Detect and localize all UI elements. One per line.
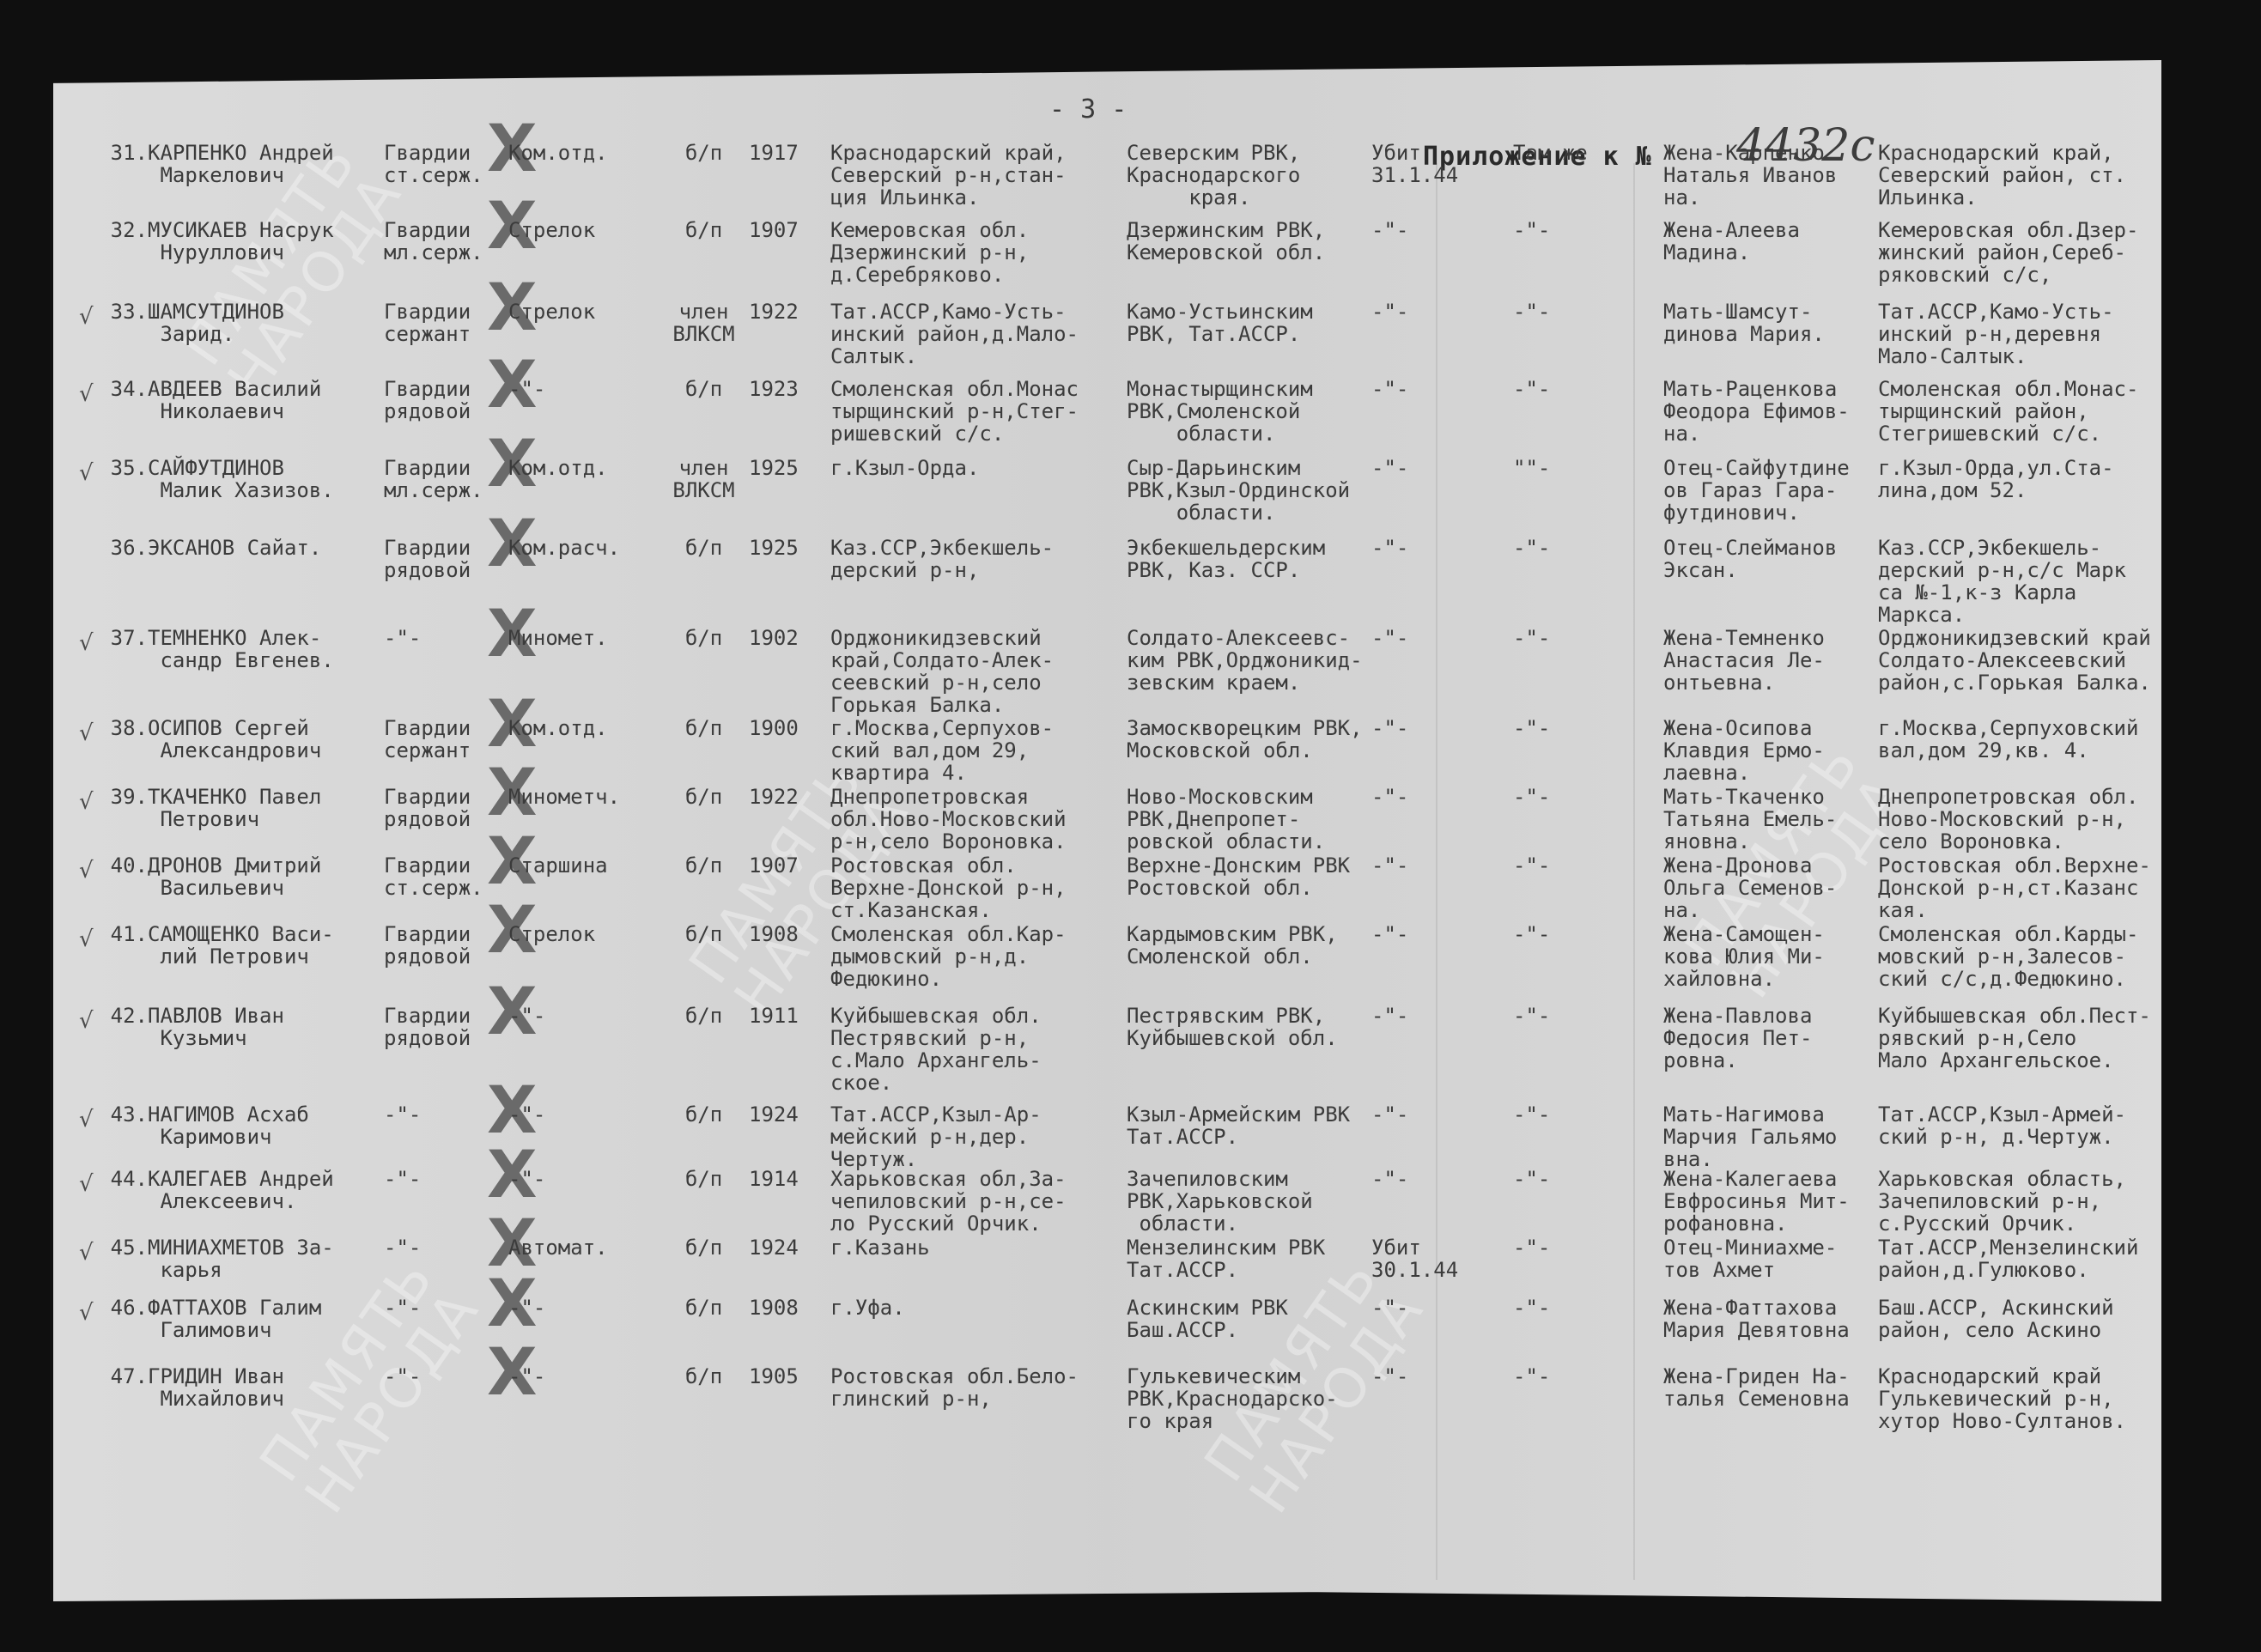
row-number: 32. — [96, 219, 148, 241]
kin-address: г.Кзыл-Орда,ул.Ста- лина,дом 52. — [1878, 457, 2114, 501]
soldier-name: ТКАЧЕНКО Павел Петрович — [148, 786, 321, 830]
birthplace: Кемеровская обл. Дзержинский р-н, д.Сере… — [830, 219, 1029, 286]
birth-year: 1924 — [749, 1236, 799, 1259]
status: -"- — [1371, 923, 1408, 945]
military-rank: Гвардии рядовой — [384, 378, 471, 422]
row-number: 31. — [96, 142, 148, 164]
military-rank: Гвардии рядовой — [384, 537, 471, 581]
status: Убит 30.1.44 — [1371, 1236, 1458, 1281]
position: -"- — [508, 378, 545, 400]
birthplace: Тат.АССР,Камо-Усть- инский район,д.Мало-… — [830, 301, 1079, 367]
kin-address: Тат.АССР,Мензелинский район,д.Гулюково. — [1878, 1236, 2138, 1281]
birthplace: Ростовская обл. Верхне-Донской р-н, ст.К… — [830, 854, 1067, 921]
soldier-name: КАРПЕНКО Андрей Маркелович — [148, 142, 334, 186]
birth-year: 1900 — [749, 717, 799, 739]
row-number: 40. — [96, 854, 148, 877]
soldier-name: ОСИПОВ Сергей Александрович — [148, 717, 321, 762]
death-place: -"- — [1513, 1168, 1550, 1190]
death-place: ""- — [1513, 457, 1550, 479]
draft-office: Мензелинским РВК Тат.АССР. — [1127, 1236, 1325, 1281]
kin-address: Каз.ССР,Экбекшель- дерский р-н,с/с Марк … — [1878, 537, 2126, 626]
party-membership: б/п — [663, 854, 745, 877]
military-rank: -"- — [384, 1168, 421, 1190]
draft-office: Кзыл-Армейским РВК Тат.АССР. — [1127, 1103, 1350, 1148]
next-of-kin: Жена-Темненко Анастасия Ле- онтьевна. — [1663, 627, 1825, 694]
soldier-name: МУСИКАЕВ Насрук Нуруллович — [148, 219, 334, 264]
status: -"- — [1371, 1365, 1408, 1388]
status: -"- — [1371, 537, 1408, 559]
row-number: 37. — [96, 627, 148, 649]
kin-address: Смоленская обл.Карды- мовский р-н,Залесо… — [1878, 923, 2138, 990]
status: -"- — [1371, 378, 1408, 400]
check-tick: √ — [79, 1107, 94, 1133]
party-membership: б/п — [663, 627, 745, 649]
birthplace: Ростовская обл.Бело- глинский р-н, — [830, 1365, 1079, 1410]
birth-year: 1907 — [749, 854, 799, 877]
soldier-name: ШАМСУТДИНОВ Зарид. — [148, 301, 284, 345]
row-number: 43. — [96, 1103, 148, 1126]
birthplace: Орджоникидзевский край,Солдато-Алек- сее… — [830, 627, 1054, 716]
death-place: Там же — [1513, 142, 1588, 164]
party-membership: б/п — [663, 717, 745, 739]
death-place: -"- — [1513, 301, 1550, 323]
death-place: -"- — [1513, 1005, 1550, 1027]
birth-year: 1924 — [749, 1103, 799, 1126]
next-of-kin: Жена-Павлова Федосия Пет- ровна. — [1663, 1005, 1812, 1072]
status: -"- — [1371, 854, 1408, 877]
military-rank: -"- — [384, 1236, 421, 1259]
row-number: 42. — [96, 1005, 148, 1027]
party-membership: б/п — [663, 219, 745, 241]
death-place: -"- — [1513, 854, 1550, 877]
row-number: 44. — [96, 1168, 148, 1190]
draft-office: Верхне-Донским РВК Ростовской обл. — [1127, 854, 1350, 899]
row-number: 35. — [96, 457, 148, 479]
birthplace: Смоленская обл.Монас тырщинский р-н,Стег… — [830, 378, 1079, 445]
death-place: -"- — [1513, 717, 1550, 739]
death-place: -"- — [1513, 1297, 1550, 1319]
check-tick: √ — [79, 720, 94, 746]
party-membership: б/п — [663, 1365, 745, 1388]
kin-address: Тат.АССР,Кзыл-Армей- ский р-н, д.Чертуж. — [1878, 1103, 2126, 1148]
position: -"- — [508, 1168, 545, 1190]
draft-office: Пестрявским РВК, Куйбышевской обл. — [1127, 1005, 1338, 1049]
next-of-kin: Жена-Карпенко Наталья Иванов на. — [1663, 142, 1837, 209]
death-place: -"- — [1513, 1103, 1550, 1126]
party-membership: б/п — [663, 537, 745, 559]
military-rank: -"- — [384, 1103, 421, 1126]
soldier-name: ТЕМНЕНКО Алек- сандр Евгенев. — [148, 627, 334, 671]
birth-year: 1922 — [749, 786, 799, 808]
draft-office: Сыр-Дарьинским РВК,Кзыл-Ординской област… — [1127, 457, 1350, 524]
next-of-kin: Жена-Осипова Клавдия Ермо- лаевна. — [1663, 717, 1825, 784]
party-membership: б/п — [663, 1297, 745, 1319]
birth-year: 1925 — [749, 537, 799, 559]
status: -"- — [1371, 627, 1408, 649]
check-tick: √ — [79, 926, 94, 952]
position: Стрелок — [508, 301, 595, 323]
soldier-name: ФАТТАХОВ Галим Галимович — [148, 1297, 321, 1341]
soldier-name: ГРИДИН Иван Михайлович — [148, 1365, 284, 1410]
check-tick: √ — [79, 1300, 94, 1326]
birthplace: Куйбышевская обл. Пестрявский р-н, с.Мал… — [830, 1005, 1042, 1094]
next-of-kin: Жена-Фаттахова Мария Девятовна — [1663, 1297, 1850, 1341]
status: -"- — [1371, 1005, 1408, 1027]
party-membership: б/п — [663, 378, 745, 400]
position: Ком.расч. — [508, 537, 620, 559]
birthplace: г.Кзыл-Орда. — [830, 457, 979, 479]
birth-year: 1922 — [749, 301, 799, 323]
party-membership: член ВЛКСМ — [663, 457, 745, 501]
status: -"- — [1371, 1297, 1408, 1319]
status: -"- — [1371, 1168, 1408, 1190]
birth-year: 1911 — [749, 1005, 799, 1027]
party-membership: б/п — [663, 1236, 745, 1259]
position: Автомат. — [508, 1236, 608, 1259]
death-place: -"- — [1513, 219, 1550, 241]
position: Миномет. — [508, 627, 608, 649]
draft-office: Гулькевическим РВК,Краснодарско- го края — [1127, 1365, 1338, 1432]
birthplace: Харьковская обл,За- чепиловский р-н,се- … — [830, 1168, 1067, 1235]
watermark: ПАМЯТЬ НАРОДА — [252, 1249, 489, 1522]
row-number: 38. — [96, 717, 148, 739]
party-membership: б/п — [663, 1168, 745, 1190]
party-membership: член ВЛКСМ — [663, 301, 745, 345]
birthplace: г.Уфа. — [830, 1297, 905, 1319]
row-number: 45. — [96, 1236, 148, 1259]
death-place: -"- — [1513, 923, 1550, 945]
check-tick: √ — [79, 381, 94, 407]
kin-address: Днепропетровская обл. Ново-Московский р-… — [1878, 786, 2138, 853]
death-place: -"- — [1513, 378, 1550, 400]
kin-address: Краснодарский край, Северский район, ст.… — [1878, 142, 2126, 209]
birthplace: Каз.ССР,Экбекшель- дерский р-н, — [830, 537, 1054, 581]
fold-line — [1436, 163, 1437, 1580]
next-of-kin: Отец-Слейманов Эксан. — [1663, 537, 1837, 581]
status: -"- — [1371, 786, 1408, 808]
check-tick: √ — [79, 304, 94, 330]
draft-office: Зачепиловским РВК,Харьковской области. — [1127, 1168, 1313, 1235]
draft-office: Камо-Устьинским РВК, Тат.АССР. — [1127, 301, 1313, 345]
next-of-kin: Жена-Дронова Ольга Семенов- на. — [1663, 854, 1837, 921]
military-rank: Гвардии сержант — [384, 301, 471, 345]
kin-address: Кемеровская обл.Дзер- жинский район,Сере… — [1878, 219, 2138, 286]
birthplace: Днепропетровская обл.Ново-Московский р-н… — [830, 786, 1067, 853]
position: Стрелок — [508, 219, 595, 241]
military-rank: Гвардии мл.серж. — [384, 457, 483, 501]
soldier-name: НАГИМОВ Асхаб Каримович — [148, 1103, 309, 1148]
kin-address: Смоленская обл.Монас- тырщинский район, … — [1878, 378, 2138, 445]
birthplace: г.Казань — [830, 1236, 930, 1259]
death-place: -"- — [1513, 786, 1550, 808]
draft-office: Северским РВК, Краснодарского края. — [1127, 142, 1300, 209]
position: Ком.отд. — [508, 717, 608, 739]
kin-address: Ростовская обл.Верхне- Донской р-н,ст.Ка… — [1878, 854, 2151, 921]
military-rank: Гвардии рядовой — [384, 1005, 471, 1049]
soldier-name: САЙФУТДИНОВ Малик Хазизов. — [148, 457, 334, 501]
position: -"- — [508, 1005, 545, 1027]
position: Старшина — [508, 854, 608, 877]
birth-year: 1907 — [749, 219, 799, 241]
draft-office: Дзержинским РВК, Кемеровской обл. — [1127, 219, 1325, 264]
birth-year: 1914 — [749, 1168, 799, 1190]
status: -"- — [1371, 457, 1408, 479]
soldier-name: КАЛЕГАЕВ Андрей Алексеевич. — [148, 1168, 334, 1212]
row-number: 36. — [96, 537, 148, 559]
kin-address: Куйбышевская обл.Пест- рявский р-н,Село … — [1878, 1005, 2151, 1072]
military-rank: -"- — [384, 627, 421, 649]
death-place: -"- — [1513, 1365, 1550, 1388]
birth-year: 1923 — [749, 378, 799, 400]
birthplace: Тат.АССР,Кзыл-Ар- мейский р-н,дер. Черту… — [830, 1103, 1042, 1170]
position: -"- — [508, 1365, 545, 1388]
military-rank: Гвардии рядовой — [384, 786, 471, 830]
kin-address: г.Москва,Серпуховский вал,дом 29,кв. 4. — [1878, 717, 2138, 762]
death-place: -"- — [1513, 537, 1550, 559]
row-number: 41. — [96, 923, 148, 945]
birthplace: Краснодарский край, Северский р-н,стан- … — [830, 142, 1067, 209]
birth-year: 1905 — [749, 1365, 799, 1388]
draft-office: Замоскворецким РВК, Московской обл. — [1127, 717, 1363, 762]
document-sheet: ПАМЯТЬ НАРОДА ПАМЯТЬ НАРОДА ПАМЯТЬ НАРОД… — [53, 60, 2161, 1601]
position: Минометч. — [508, 786, 620, 808]
military-rank: -"- — [384, 1297, 421, 1319]
birth-year: 1908 — [749, 923, 799, 945]
kin-address: Орджоникидзевский край Солдато-Алексеевс… — [1878, 627, 2151, 694]
position: -"- — [508, 1103, 545, 1126]
soldier-name: САМОЩЕНКО Васи- лий Петрович — [148, 923, 334, 968]
draft-office: Аскинским РВК Баш.АССР. — [1127, 1297, 1288, 1341]
birth-year: 1925 — [749, 457, 799, 479]
soldier-name: МИНИАХМЕТОВ За- карья — [148, 1236, 334, 1281]
military-rank: Гвардии мл.серж. — [384, 219, 483, 264]
fold-line — [1633, 163, 1635, 1580]
birthplace: г.Москва,Серпухов- ский вал,дом 29, квар… — [830, 717, 1054, 784]
draft-office: Монастырщинским РВК,Смоленской области. — [1127, 378, 1313, 445]
draft-office: Ново-Московским РВК,Днепропет- ровской о… — [1127, 786, 1325, 853]
soldier-name: АВДЕЕВ Василий Николаевич — [148, 378, 321, 422]
military-rank: Гвардии ст.серж. — [384, 854, 483, 899]
birthplace: Смоленская обл.Кар- дымовский р-н,д. Фед… — [830, 923, 1067, 990]
soldier-name: ДРОНОВ Дмитрий Васильевич — [148, 854, 321, 899]
military-rank: Гвардии ст.серж. — [384, 142, 483, 186]
draft-office: Солдато-Алексеевс- ким РВК,Орджоникид- з… — [1127, 627, 1363, 694]
draft-office: Экбекшельдерским РВК, Каз. ССР. — [1127, 537, 1325, 581]
kin-address: Тат.АССР,Камо-Усть- инский р-н,деревня М… — [1878, 301, 2114, 367]
kin-address: Краснодарский край Гулькевический р-н, х… — [1878, 1365, 2126, 1432]
position: Стрелок — [508, 923, 595, 945]
position: Ком.отд. — [508, 142, 608, 164]
military-rank: -"- — [384, 1365, 421, 1388]
party-membership: б/п — [663, 142, 745, 164]
next-of-kin: Жена-Алеева Мадина. — [1663, 219, 1800, 264]
check-tick: √ — [79, 1008, 94, 1034]
draft-office: Кардымовским РВК, Смоленской обл. — [1127, 923, 1338, 968]
next-of-kin: Отец-Сайфутдине ов Гараз Гара- футдинови… — [1663, 457, 1850, 524]
soldier-name: ПАВЛОВ Иван Кузьмич — [148, 1005, 284, 1049]
next-of-kin: Жена-Гриден На- талья Семеновна — [1663, 1365, 1850, 1410]
status: -"- — [1371, 717, 1408, 739]
next-of-kin: Мать-Нагимова Марчия Гальямо вна. — [1663, 1103, 1837, 1170]
status: Убит 31.1.44 — [1371, 142, 1458, 186]
position: -"- — [508, 1297, 545, 1319]
check-tick: √ — [79, 1171, 94, 1197]
check-tick: √ — [79, 630, 94, 656]
row-number: 47. — [96, 1365, 148, 1388]
page-number: - 3 - — [1049, 94, 1127, 125]
next-of-kin: Отец-Миниахме- тов Ахмет — [1663, 1236, 1837, 1281]
birth-year: 1917 — [749, 142, 799, 164]
party-membership: б/п — [663, 786, 745, 808]
birth-year: 1908 — [749, 1297, 799, 1319]
check-tick: √ — [79, 858, 94, 884]
row-number: 34. — [96, 378, 148, 400]
next-of-kin: Жена-Самощен- кова Юлия Ми- хайловна. — [1663, 923, 1825, 990]
death-place: -"- — [1513, 627, 1550, 649]
party-membership: б/п — [663, 1005, 745, 1027]
kin-address: Баш.АССР, Аскинский район, село Аскино — [1878, 1297, 2114, 1341]
military-rank: Гвардии рядовой — [384, 923, 471, 968]
next-of-kin: Мать-Шамсут- динова Мария. — [1663, 301, 1825, 345]
next-of-kin: Мать-Раценкова Феодора Ефимов- на. — [1663, 378, 1850, 445]
kin-address: Харьковская область, Зачепиловский р-н, … — [1878, 1168, 2126, 1235]
party-membership: б/п — [663, 923, 745, 945]
status: -"- — [1371, 301, 1408, 323]
row-number: 46. — [96, 1297, 148, 1319]
party-membership: б/п — [663, 1103, 745, 1126]
next-of-kin: Мать-Ткаченко Татьяна Емель- яновна. — [1663, 786, 1837, 853]
next-of-kin: Жена-Калегаева Евфросинья Мит- рофановна… — [1663, 1168, 1850, 1235]
check-tick: √ — [79, 460, 94, 486]
position: Ком.отд. — [508, 457, 608, 479]
military-rank: Гвардии сержант — [384, 717, 471, 762]
birth-year: 1902 — [749, 627, 799, 649]
status: -"- — [1371, 219, 1408, 241]
soldier-name: ЭКСАНОВ Сайат. — [148, 537, 321, 559]
death-place: -"- — [1513, 1236, 1550, 1259]
check-tick: √ — [79, 1240, 94, 1266]
check-tick: √ — [79, 789, 94, 815]
row-number: 39. — [96, 786, 148, 808]
status: -"- — [1371, 1103, 1408, 1126]
row-number: 33. — [96, 301, 148, 323]
